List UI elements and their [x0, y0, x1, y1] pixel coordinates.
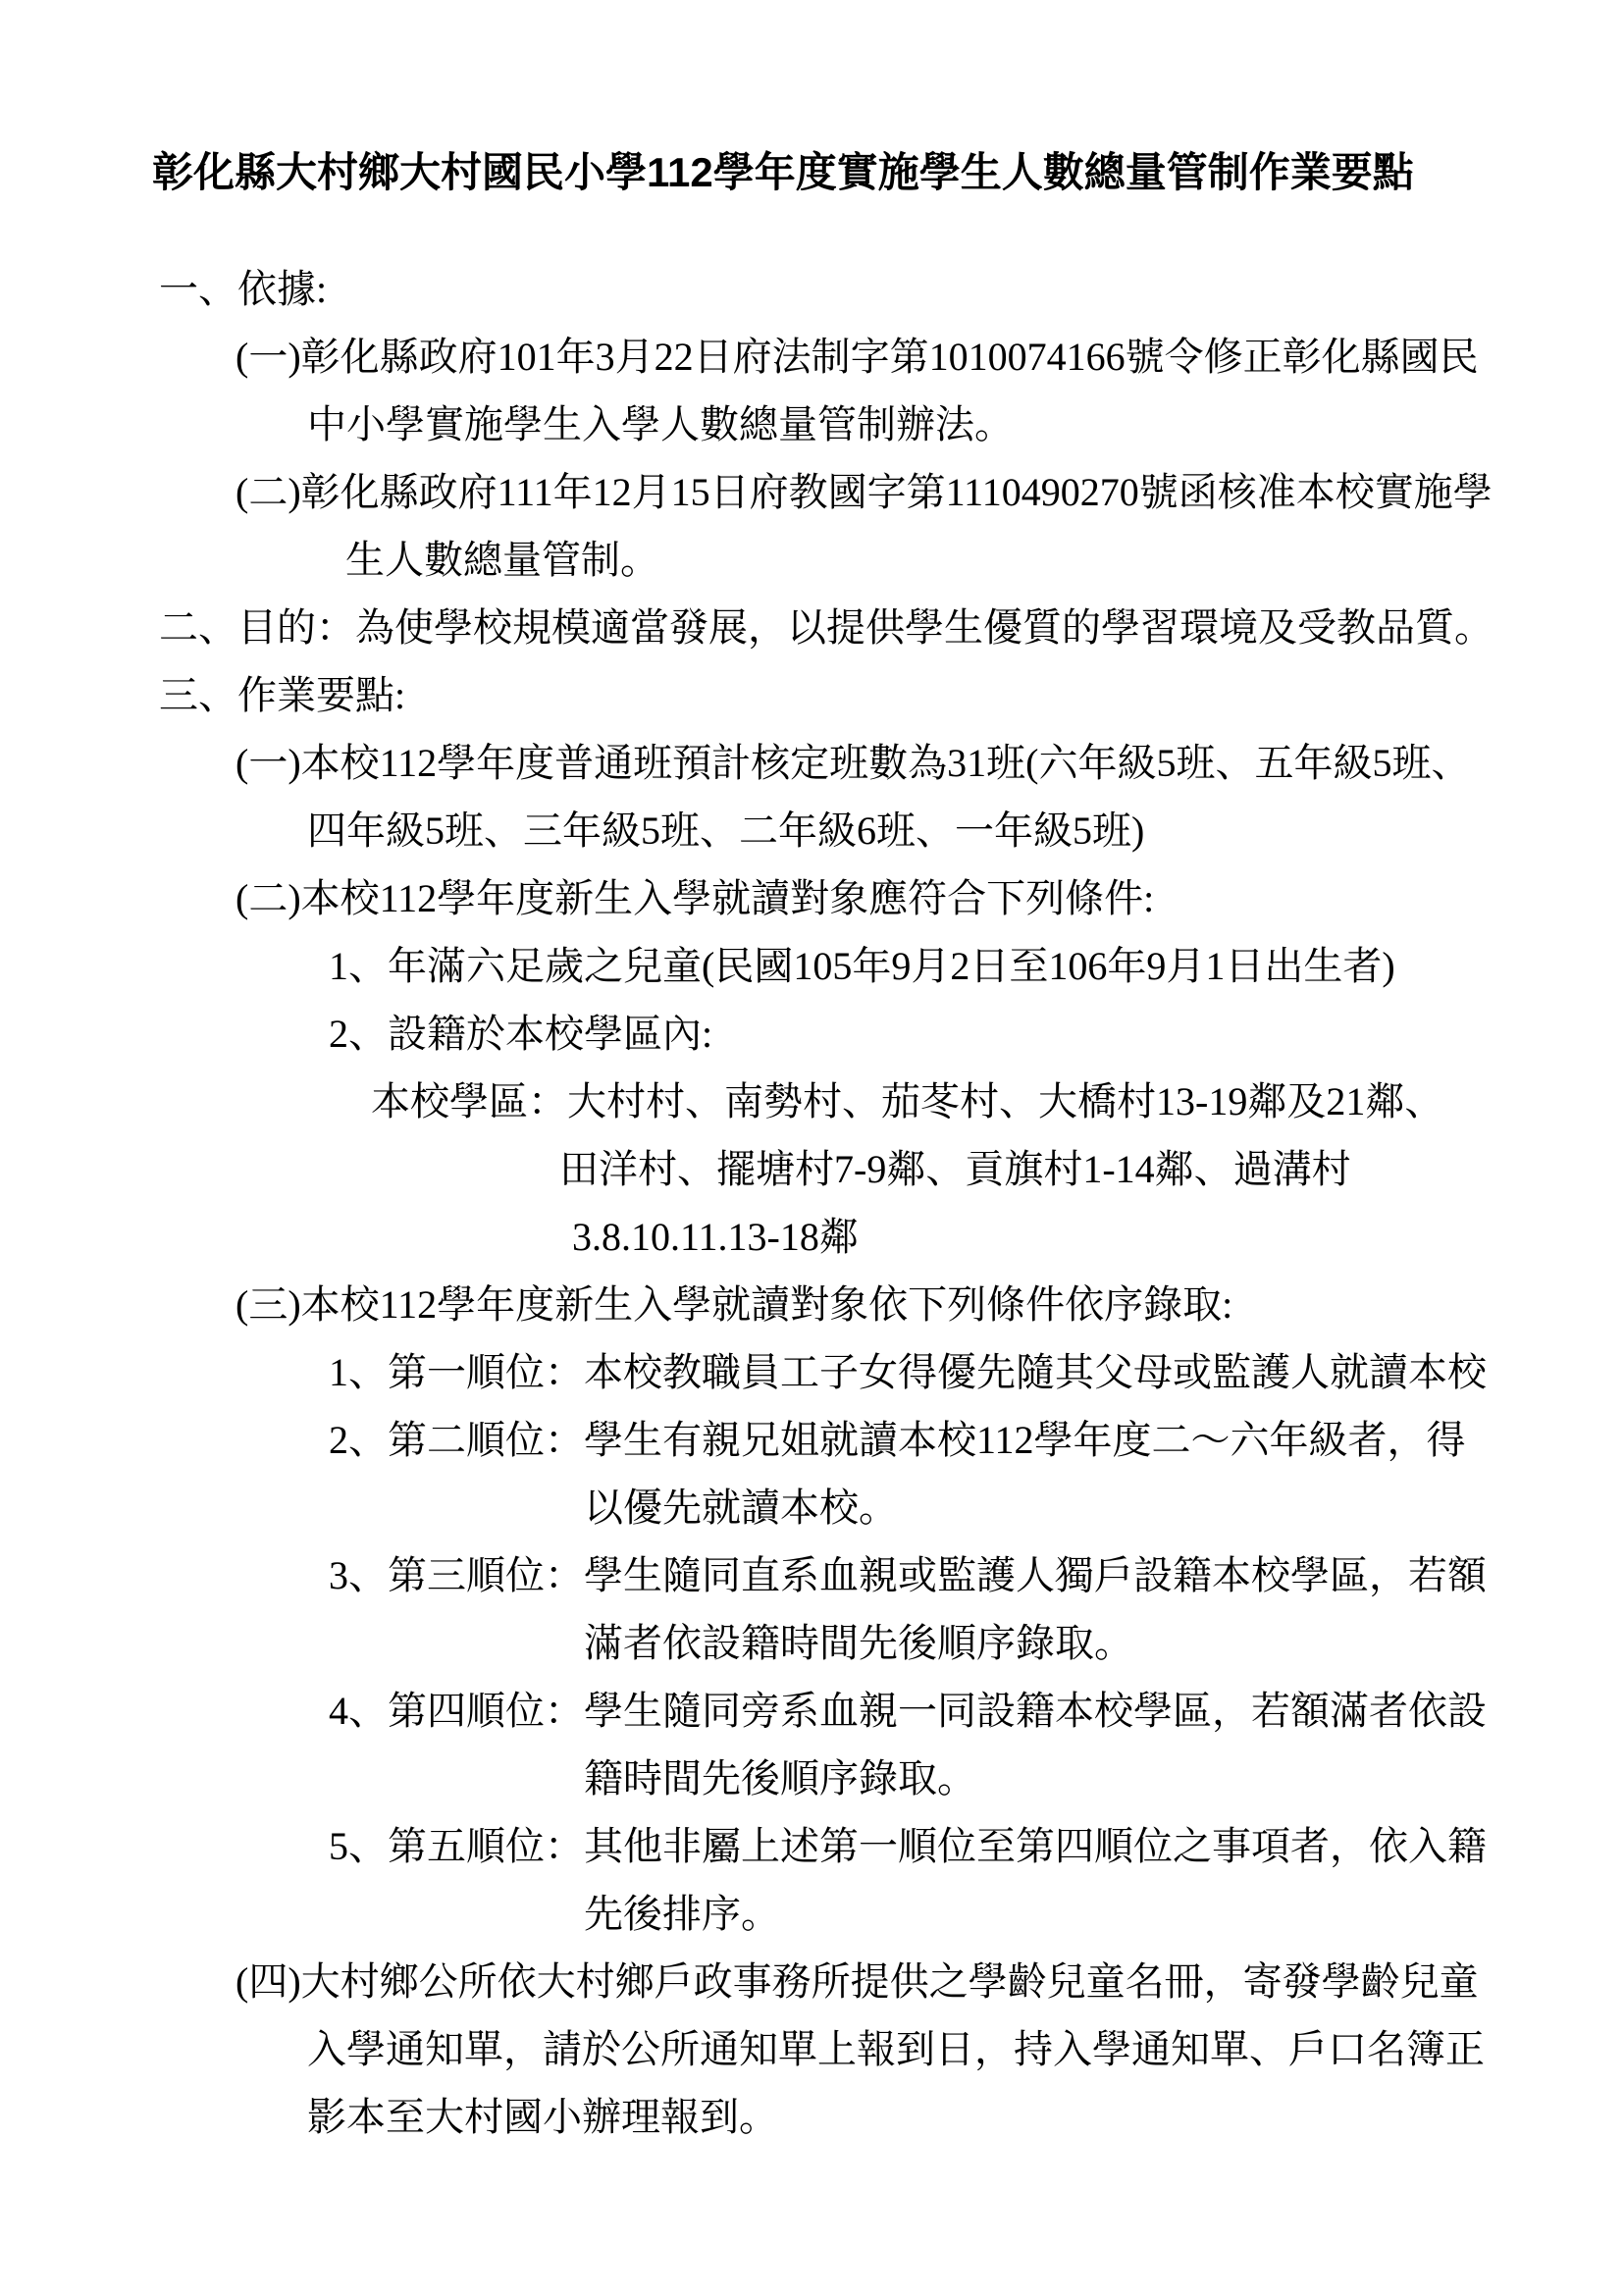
keypoint-2-sub-1: 1、年滿六足歲之兒童(民國105年9月2日至106年9月1日出生者) — [0, 932, 1624, 1000]
section-keypoints-heading: 三、作業要點: — [0, 661, 1624, 729]
school-district: 本校學區：大村村、南勢村、茄苳村、大橋村13-19鄰及21鄰、 — [0, 1068, 1624, 1135]
document-page: 彰化縣大村鄉大村國民小學112學年度實施學生人數總量管制作業要點 一、依據: (… — [0, 0, 1624, 2295]
keypoint-4-cont-2: 影本至大村國小辦理報到。 — [0, 2083, 1624, 2151]
priority-2: 2、第二順位：學生有親兄姐就讀本校112學年度二～六年級者，得 — [0, 1406, 1624, 1474]
priority-1: 1、第一順位：本校教職員工子女得優先隨其父母或監護人就讀本校 — [0, 1338, 1624, 1406]
school-district-cont-1: 田洋村、擺塘村7-9鄰、貢旗村1-14鄰、過溝村 — [0, 1135, 1624, 1203]
basis-item-1-cont: 中小學實施學生入學人數總量管制辦法。 — [0, 391, 1624, 458]
keypoint-2-sub-2: 2、設籍於本校學區內: — [0, 1000, 1624, 1068]
basis-item-2: (二)彰化縣政府111年12月15日府教國字第1110490270號函核准本校實… — [0, 458, 1624, 526]
priority-4: 4、第四順位：學生隨同旁系血親一同設籍本校學區，若額滿者依設 — [0, 1677, 1624, 1745]
priority-3-cont: 滿者依設籍時間先後順序錄取。 — [0, 1609, 1624, 1677]
priority-3: 3、第三順位：學生隨同直系血親或監護人獨戶設籍本校學區，若額 — [0, 1541, 1624, 1609]
document-body: 一、依據: (一)彰化縣政府101年3月22日府法制字第1010074166號令… — [0, 255, 1624, 2151]
keypoint-2: (二)本校112學年度新生入學就讀對象應符合下列條件: — [0, 864, 1624, 932]
document-title: 彰化縣大村鄉大村國民小學112學年度實施學生人數總量管制作業要點 — [152, 147, 1414, 198]
basis-item-2-cont: 生人數總量管制。 — [0, 526, 1624, 594]
priority-5: 5、第五順位：其他非屬上述第一順位至第四順位之事項者，依入籍 — [0, 1812, 1624, 1880]
priority-5-cont: 先後排序。 — [0, 1880, 1624, 1948]
basis-item-1: (一)彰化縣政府101年3月22日府法制字第1010074166號令修正彰化縣國… — [0, 323, 1624, 391]
section-purpose: 二、目的：為使學校規模適當發展，以提供學生優質的學習環境及受教品質。 — [0, 594, 1624, 661]
priority-4-cont: 籍時間先後順序錄取。 — [0, 1745, 1624, 1812]
keypoint-1-cont: 四年級5班、三年級5班、二年級6班、一年級5班) — [0, 797, 1624, 864]
keypoint-4-cont-1: 入學通知單，請於公所通知單上報到日，持入學通知單、戶口名簿正 — [0, 2015, 1624, 2083]
priority-2-cont: 以優先就讀本校。 — [0, 1474, 1624, 1541]
keypoint-4: (四)大村鄉公所依大村鄉戶政事務所提供之學齡兒童名冊，寄發學齡兒童 — [0, 1948, 1624, 2015]
keypoint-3: (三)本校112學年度新生入學就讀對象依下列條件依序錄取: — [0, 1271, 1624, 1338]
school-district-cont-2: 3.8.10.11.13-18鄰 — [0, 1203, 1624, 1271]
section-basis-heading: 一、依據: — [0, 255, 1624, 323]
keypoint-1: (一)本校112學年度普通班預計核定班數為31班(六年級5班、五年級5班、 — [0, 729, 1624, 797]
